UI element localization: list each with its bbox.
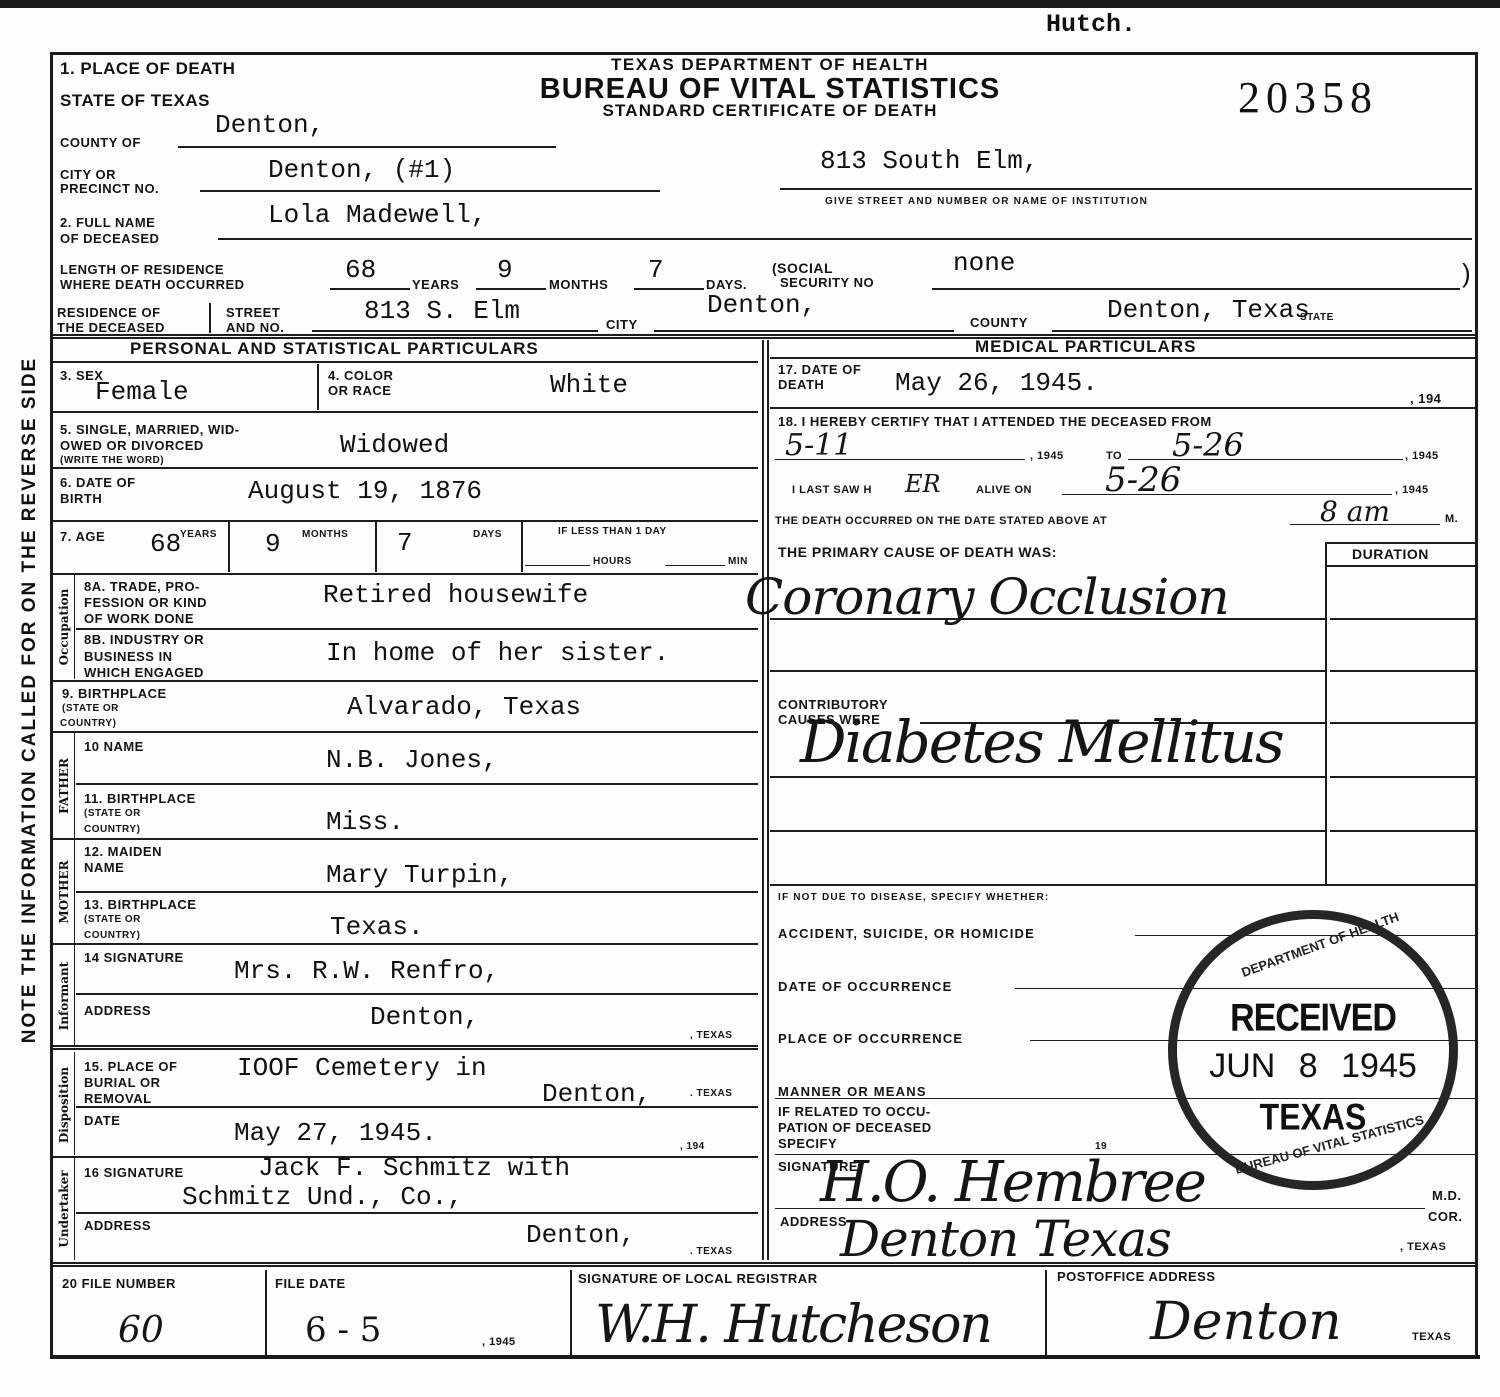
undertaker-group-divider [74,1158,75,1260]
min-label: MIN [728,557,748,567]
informant-signature-value: Mrs. R.W. Renfro, [234,958,499,984]
duration-label: DURATION [1352,548,1429,561]
last-saw-label-1: I LAST SAW H [792,485,872,496]
min-underline [665,565,725,566]
sex-race-divider [317,364,319,410]
last-saw-pronoun: ER [905,470,941,498]
footer-divider-3 [1045,1270,1047,1355]
last-saw-label-2: ALIVE ON [976,485,1032,496]
form-title: STANDARD CERTIFICATE OF DEATH [480,103,1060,119]
age-months-label: MONTHS [302,530,348,540]
industry-label-1: 8B. INDUSTRY OR [84,633,204,646]
burial-year-prefix: , 194 [680,1142,705,1152]
occupation-group-label: Occupation [57,589,71,666]
certify-label: 18. I HEREBY CERTIFY THAT I ATTENDED THE… [778,415,1212,428]
personal-section-title: PERSONAL AND STATISTICAL PARTICULARS [130,342,539,355]
residence-label-2: THE DECEASED [57,321,165,334]
primary-cause-label: THE PRIMARY CAUSE OF DEATH WAS: [778,546,1057,559]
residence-city-value: Denton, [707,292,816,318]
age-months-value: 9 [265,531,281,557]
birthplace-label-2: (STATE OR [62,704,119,714]
age-divider-1 [228,522,230,572]
industry-value: In home of her sister. [326,640,669,666]
row-line-8a [76,628,758,630]
residence-county-label: COUNTY [970,316,1028,329]
age-divider-3 [521,522,523,572]
birthplace-value: Alvarado, Texas [347,694,581,720]
ssn-value: none [953,250,1015,276]
dob-label-2: BIRTH [60,492,102,505]
file-year: , 1945 [482,1337,516,1348]
hours-label: HOURS [593,557,632,567]
father-group-label: FATHER [57,758,71,814]
dod-label-1: 17. DATE OF [778,363,861,376]
residence-divider [209,303,211,333]
residence-months: 9 [497,257,513,283]
sex-value: Female [95,379,189,405]
marital-label-1: 5. SINGLE, MARRIED, WID- [60,423,240,436]
duration-line-1 [1330,618,1475,620]
cause-line-1 [770,618,1325,620]
mother-birthplace-label-1: 13. BIRTHPLACE [84,898,196,911]
row-line-13 [53,943,758,945]
residence-city-label: CITY [606,318,638,331]
city-underline [200,190,660,192]
residence-years: 68 [345,257,376,283]
months-label: MONTHS [549,278,608,291]
dod-year-prefix: , 194 [1410,392,1441,405]
street-no-label-2: AND NO. [226,321,284,334]
burial-label-2: BURIAL OR [84,1076,160,1089]
row-line-8b [53,680,758,682]
undertaker-state: . TEXAS [690,1247,732,1257]
residence-state-label: STATE [1300,313,1334,323]
father-birthplace-label-2: (STATE OR [84,809,141,819]
burial-date-value: May 27, 1945. [234,1120,437,1146]
informant-address-value: Denton, [370,1004,479,1030]
row-line-11 [53,838,758,840]
mother-birthplace-value: Texas. [330,914,424,940]
mother-name-value: Mary Turpin, [326,862,513,888]
certificate-frame-bottom [50,1355,1480,1359]
duration-line-4 [1330,776,1475,778]
received-stamp: DEPARTMENT OF HEALTH BUREAU OF VITAL STA… [1168,910,1458,1190]
city-label-1: CITY OR [60,168,116,181]
row-line-5 [53,467,758,469]
death-time-label: THE DEATH OCCURRED ON THE DATE STATED AB… [775,516,1107,527]
ssn-underline [932,288,1460,290]
postoffice-label: POSTOFFICE ADDRESS [1057,1270,1216,1283]
age-years-value: 68 [150,531,181,557]
physician-signature-value: H.O. Hembree [820,1150,1205,1215]
birthplace-label-3: COUNTRY) [60,719,116,729]
less-than-day-label: IF LESS THAN 1 DAY [558,527,667,537]
postoffice-state: TEXAS [1412,1332,1451,1343]
footer-divider [53,1262,1475,1267]
occupation-group-divider [74,575,75,679]
age-label: 7. AGE [60,530,105,543]
ssn-label-1: (SOCIAL [772,262,833,275]
trade-value: Retired housewife [323,582,588,608]
physician-address-label: ADDRESS [780,1215,847,1228]
row-line-14 [76,993,758,995]
marital-label-2: OWED OR DIVORCED [60,439,204,452]
file-date-value: 6 - 5 [305,1310,381,1350]
age-days-value: 7 [397,530,413,556]
top-annotation: Hutch. [1046,12,1136,38]
bureau-title: BUREAU OF VITAL STATISTICS [480,75,1060,103]
registrar-signature: W.H. Hutcheson [595,1295,991,1355]
burial-date-label: DATE [84,1114,120,1127]
column-divider-a [762,340,764,1260]
county-value: Denton, [215,112,324,138]
age-days-label: DAYS [473,530,502,540]
md-label: M.D. [1432,1189,1461,1202]
undertaker-address-value: Denton, [526,1222,635,1248]
hours-underline [525,565,590,566]
medical-section-title: MEDICAL PARTICULARS [975,340,1196,353]
row-line-15 [76,1106,758,1108]
occurrence-place-label: PLACE OF OCCURRENCE [778,1032,963,1045]
mother-birthplace-label-3: COUNTRY) [84,931,140,941]
row-line-10 [76,783,758,785]
occ-related-label-3: SPECIFY [778,1137,837,1150]
registrar-label: SIGNATURE OF LOCAL REGISTRAR [578,1272,818,1285]
manner-label: MANNER OR MEANS [778,1085,927,1098]
father-group-divider [74,733,75,840]
place-of-death-label: 1. PLACE OF DEATH [60,60,235,77]
duration-line-3 [1330,722,1475,724]
burial-label-1: 15. PLACE OF [84,1060,177,1073]
mother-group-label: MOTHER [57,860,71,923]
dob-value: August 19, 1876 [248,478,482,504]
occ-related-label-2: PATION OF DECEASED [778,1121,932,1134]
death-time-suffix: M. [1445,514,1458,525]
row-line-3 [53,411,758,413]
scan-top-edge [0,0,1500,8]
postoffice-value: Denton [1150,1292,1342,1352]
informant-group-label: Informant [57,962,71,1031]
father-name-label: 10 NAME [84,740,144,753]
city-label-2: PRECINCT NO. [60,182,159,195]
stamp-ring-top: DEPARTMENT OF HEALTH [1239,909,1400,980]
residence-county-value: Denton, Texas [1107,297,1310,323]
industry-label-2: BUSINESS IN [84,650,173,663]
row-line-informant-end [53,1045,758,1050]
residence-label-1: RESIDENCE OF [57,306,161,319]
residence-county-underline [1052,330,1472,332]
industry-label-3: WHICH ENGAGED [84,666,204,679]
row-line-9 [53,731,758,733]
certificate-header: TEXAS DEPARTMENT OF HEALTH BUREAU OF VIT… [480,55,1060,119]
residence-street-value: 813 S. Elm [364,298,520,324]
race-label-1: 4. COLOR [328,369,393,382]
street-no-label-1: STREET [226,306,280,319]
state-label: STATE OF TEXAS [60,92,210,109]
full-name-value: Lola Madewell, [268,202,486,228]
certificate-number: 20358 [1238,72,1378,123]
file-number-label: 20 FILE NUMBER [62,1277,176,1290]
marital-value: Widowed [340,432,449,458]
place-street-value: 813 South Elm, [820,148,1038,174]
father-birthplace-label-3: COUNTRY) [84,825,140,835]
stamp-date: JUN 8 1945 [1177,1047,1449,1086]
attended-to-year: , 1945 [1405,451,1439,462]
mother-birthplace-label-2: (STATE OR [84,915,141,925]
row-line-6 [53,520,758,522]
row-line-16 [76,1212,758,1214]
days-underline [634,288,704,290]
dod-label-2: DEATH [778,378,824,391]
undertaker-group-label: Undertaker [57,1170,71,1247]
cause-line-4 [770,776,1325,778]
last-saw-year: , 1945 [1395,485,1429,496]
undertaker-signature-line-1: Jack F. Schmitz with [258,1155,570,1181]
stamp-state: TEXAS [1177,1096,1449,1139]
father-birthplace-label-1: 11. BIRTHPLACE [84,792,196,805]
dob-label-1: 6. DATE OF [60,476,136,489]
cause-line-2 [770,670,1325,672]
informant-state: , TEXAS [690,1031,732,1041]
residence-street-underline [312,330,598,332]
father-name-value: N.B. Jones, [326,747,498,773]
county-label: COUNTY OF [60,136,141,149]
row-line-7 [53,573,758,575]
mother-group-divider [74,840,75,944]
trade-label-2: FESSION OR KIND [84,596,207,609]
informant-address-label: ADDRESS [84,1004,151,1017]
burial-place-line-2: Denton, [542,1081,651,1107]
stamp-status: RECEIVED [1177,996,1449,1041]
cause-line-6 [770,884,1475,886]
death-time-value: 8 am [1320,495,1390,528]
physician-state: , TEXAS [1400,1242,1446,1253]
duration-line-2 [1330,670,1475,672]
birthplace-label-1: 9. BIRTHPLACE [62,687,167,700]
marital-label-3: (WRITE THE WORD) [60,456,164,466]
file-number-value: 60 [118,1310,164,1351]
residence-days: 7 [648,257,664,283]
department-title: TEXAS DEPARTMENT OF HEALTH [480,55,1060,75]
ssn-close-paren: ) [1462,258,1471,289]
mother-name-label-2: NAME [84,861,124,874]
cause-line-5 [770,830,1325,832]
residence-city-underline [654,330,954,332]
undertaker-signature-label: 16 SIGNATURE [84,1166,184,1179]
full-name-label-1: 2. FULL NAME [60,216,155,229]
duration-line-5 [1330,830,1475,832]
trade-label-1: 8A. TRADE, PRO- [84,580,200,593]
street-underline [780,188,1472,190]
street-hint: GIVE STREET AND NUMBER OR NAME OF INSTIT… [825,197,1148,207]
full-name-underline [218,238,1472,240]
trade-label-3: OF WORK DONE [84,612,194,625]
informant-group-divider [74,945,75,1047]
footer-divider-1 [265,1270,267,1355]
burial-place-line-1: IOOF Cemetery in [237,1055,487,1081]
file-date-label: FILE DATE [275,1277,346,1290]
physician-signature-underline [775,1208,1425,1209]
duration-divider [1325,542,1327,886]
ssn-label-2: SECURITY NO [780,276,874,289]
months-underline [476,288,546,290]
full-name-label-2: OF DECEASED [60,232,159,245]
attended-from-underline [775,459,1025,460]
father-birthplace-value: Miss. [326,809,404,835]
footer-divider-2 [570,1270,572,1355]
undertaker-address-label: ADDRESS [84,1219,151,1232]
city-value: Denton, (#1) [268,157,455,183]
contributory-cause-value: Diabetes Mellitus [800,708,1283,776]
dod-value: May 26, 1945. [895,370,1098,396]
race-value: White [550,372,628,398]
age-years-label: YEARS [180,530,217,540]
attended-from-value: 5-11 [785,428,852,463]
undertaker-signature-line-2: Schmitz Und., Co., [182,1184,463,1210]
cor-label: COR. [1428,1210,1463,1223]
mother-name-label-1: 12. MAIDEN [84,845,162,858]
disposition-group-label: Disposition [57,1067,71,1143]
residence-length-label-2: WHERE DEATH OCCURRED [60,278,245,291]
informant-signature-label: 14 SIGNATURE [84,951,184,964]
row-line-12 [76,891,758,893]
not-disease-label: IF NOT DUE TO DISEASE, SPECIFY WHETHER: [778,893,1049,903]
column-divider-b [767,340,769,1260]
physician-address-value: Denton Texas [840,1210,1171,1268]
medical-header-line [770,357,1475,359]
side-note: NOTE THE INFORMATION CALLED FOR ON THE R… [19,357,41,1043]
personal-header-line [53,361,758,363]
county-underline [178,146,556,148]
occurrence-date-label: DATE OF OCCURRENCE [778,980,952,993]
race-label-2: OR RACE [328,384,391,397]
residence-length-label-1: LENGTH OF RESIDENCE [60,263,224,276]
age-divider-2 [375,522,377,572]
medical-row-17 [770,407,1475,409]
duration-top-line [1327,542,1475,544]
burial-label-3: REMOVAL [84,1092,152,1105]
accident-label: ACCIDENT, SUICIDE, OR HOMICIDE [778,927,1035,940]
burial-state: . TEXAS [690,1089,732,1099]
disposition-group-divider [74,1052,75,1155]
occ-related-label-1: IF RELATED TO OCCU- [778,1105,931,1118]
duration-header-line [1327,565,1475,567]
attended-from-year: , 1945 [1030,451,1064,462]
years-label: YEARS [412,278,459,291]
years-underline [330,288,410,290]
